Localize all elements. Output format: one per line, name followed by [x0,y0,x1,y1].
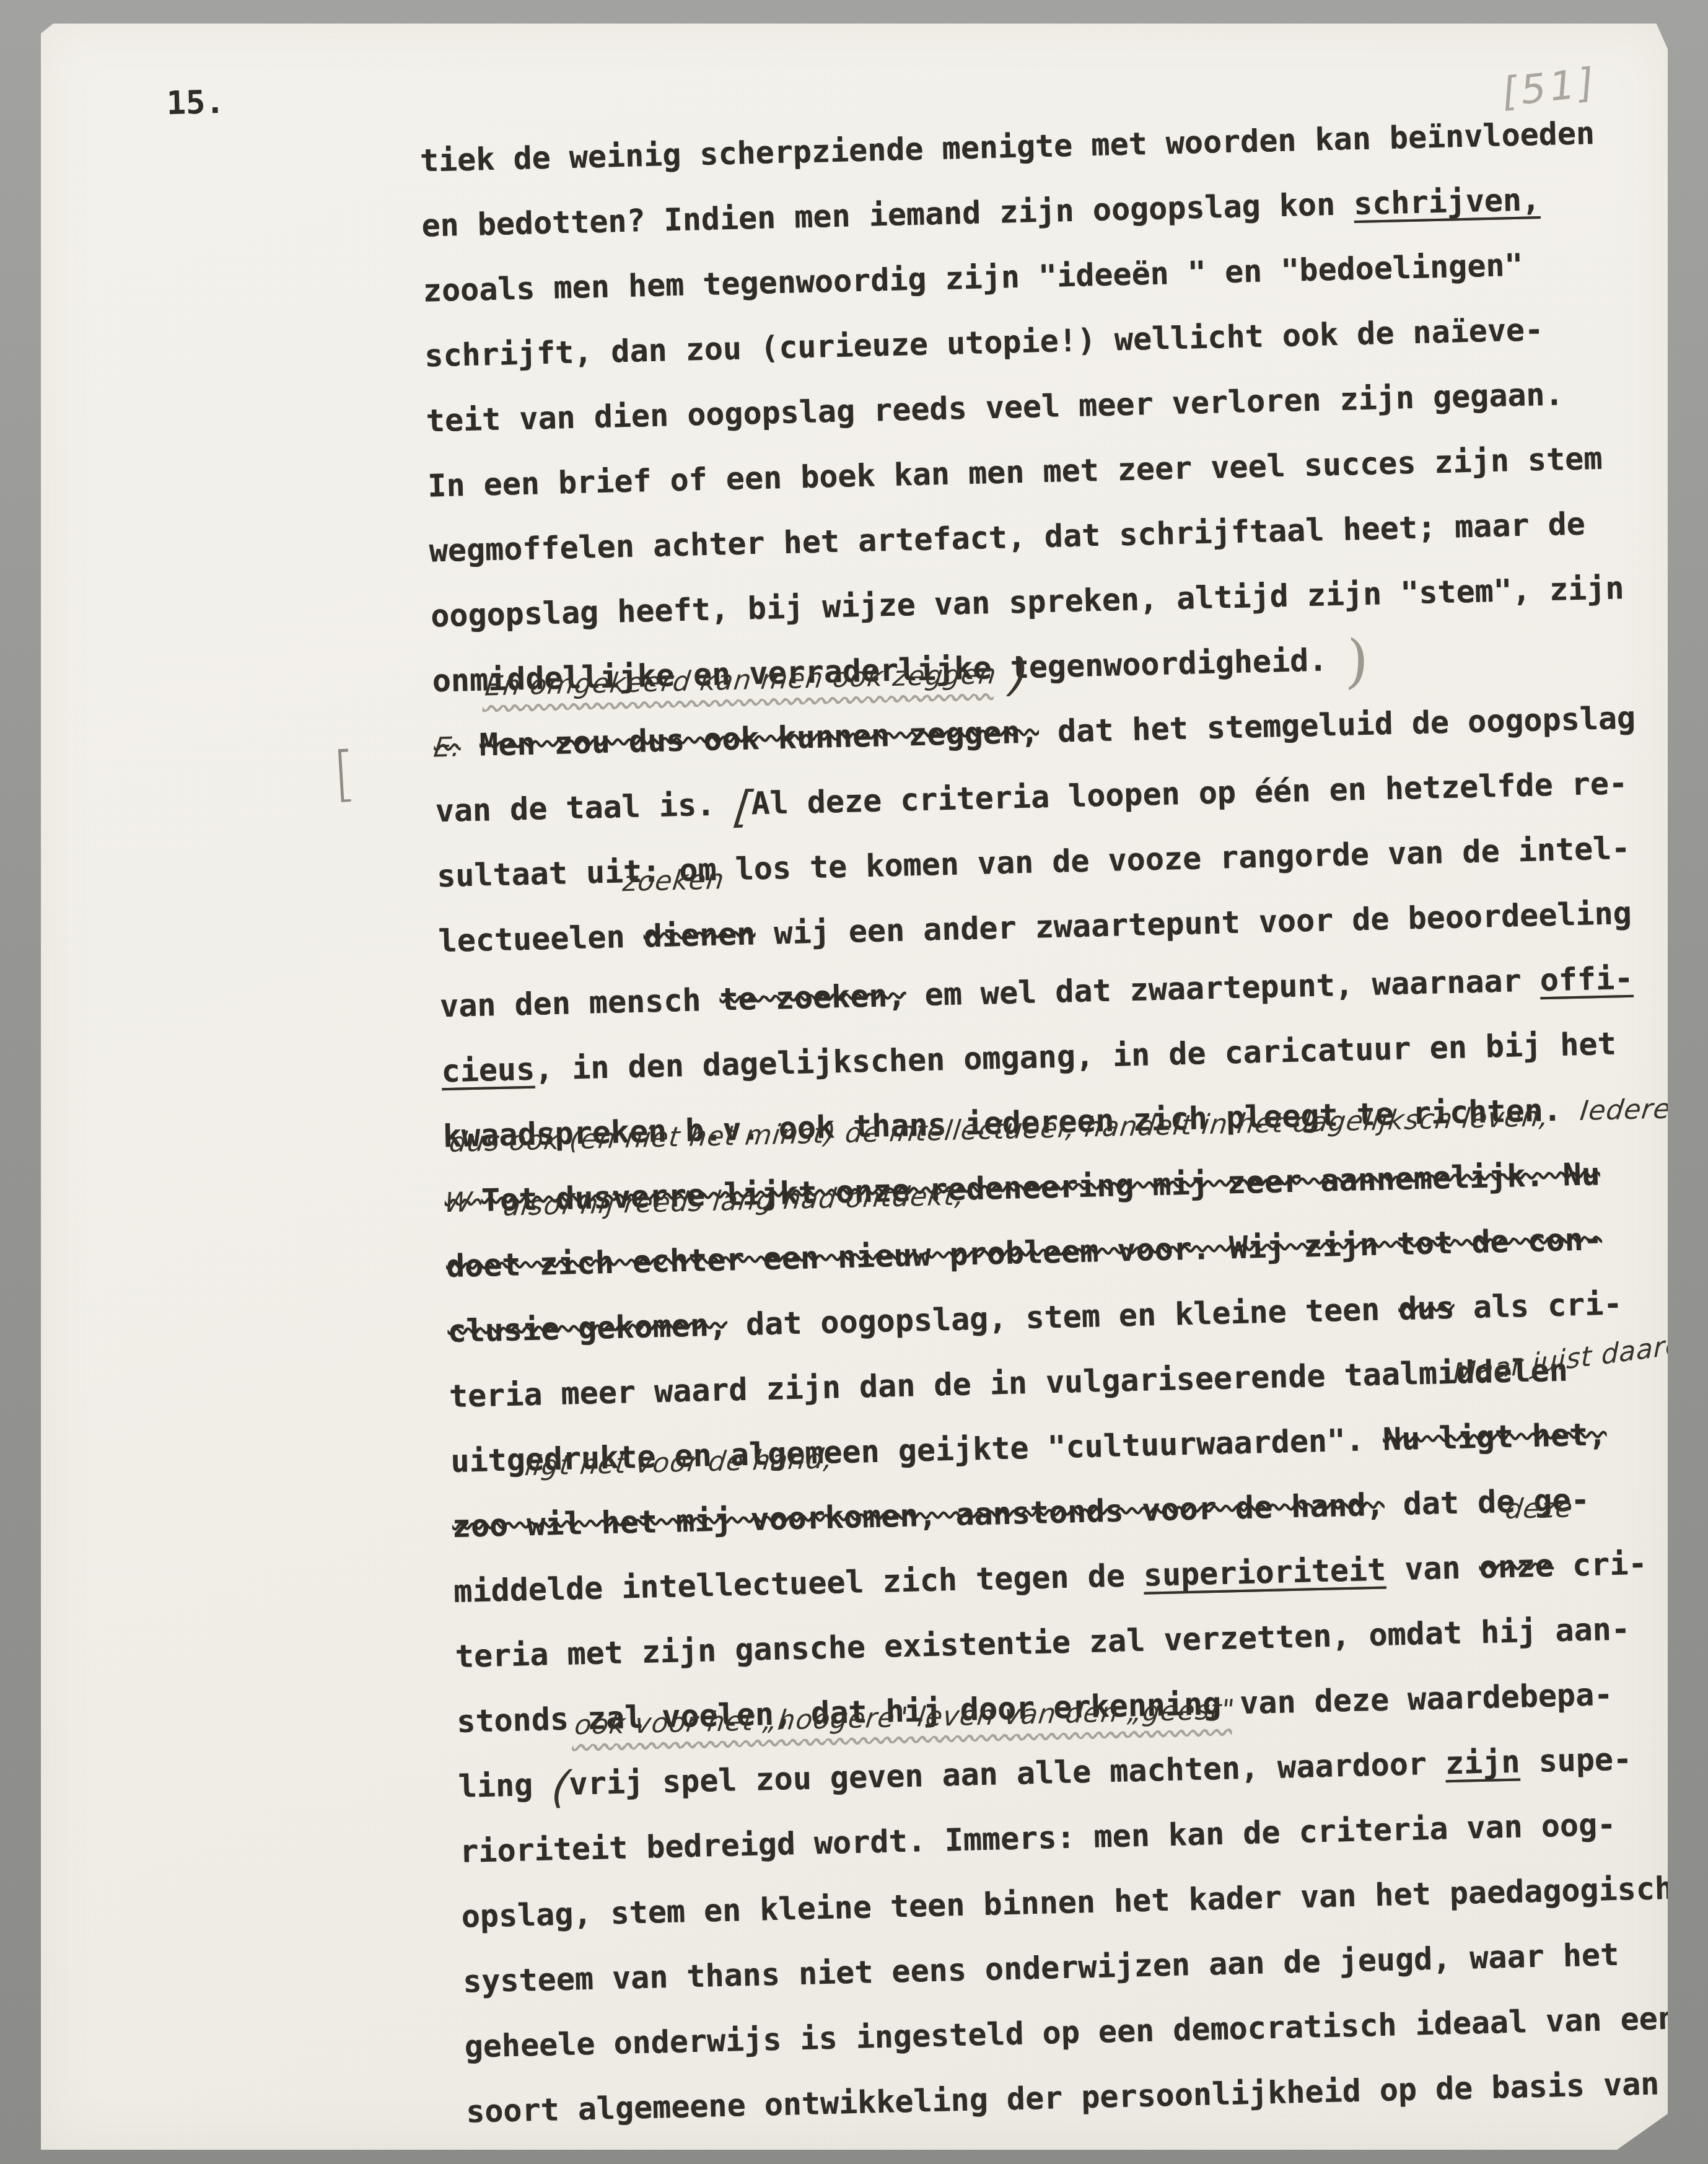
typed-text: superioriteit [1143,1552,1386,1593]
handwriting-annotation: ) [996,675,1028,676]
typed-text: schrijft, dan zou (curieuze utopie!) wel… [424,312,1544,374]
typed-text: cieus [441,1051,535,1090]
typed-text-block: tiek de weinig scherpziende menigte met … [419,99,1708,2145]
page-number: 15. [166,84,225,122]
typed-text: clusie gekomen, [447,1307,728,1349]
typed-text: als cri- [1454,1286,1623,1325]
margin-bracket-pencil: [ [331,738,358,809]
page-tilt-wrapper: 15. [51] [ tiek de weinig scherpziende m… [38,0,1708,2159]
typed-text: Men zou dus ook kunnen zeggen, [479,714,1039,763]
typed-text: teria met zijn gansche existentie zal ve… [455,1611,1630,1675]
handwriting-annotation: Iedereen, [1580,1108,1708,1111]
pencil-mark: ) [1327,661,1368,663]
typed-text: In een brief of een boek kan men met zee… [427,440,1603,504]
handwriting-annotation: W [445,1202,481,1203]
typed-text: , in den dagelijkschen omgang, in de car… [534,1026,1616,1087]
typed-text: wegmoffelen achter het artefact, dat sch… [429,506,1585,569]
typed-text: cri- [1553,1546,1647,1584]
typed-text: middelde intellectueel zich tegen de [453,1557,1144,1610]
handwriting-annotation: E. [434,747,461,748]
typed-text: doet zich echter een nieuw probleem voor… [445,1221,1602,1284]
typed-text: onze [1479,1548,1554,1585]
typed-text: dienen [643,916,756,954]
handwriting-annotation: ook voor het „hoogere" leven van den „ge… [575,1710,1235,1725]
typed-text: van [1385,1549,1479,1588]
typed-text: teria meer waard zijn dan de in vulgaris… [449,1352,1568,1415]
typed-text: rioriteit bedreigd wordt. Immers: men ka… [460,1807,1616,1870]
typed-text: van den mensch [439,982,720,1025]
typed-text: Al deze criteria loopen op één en hetzel… [751,765,1628,821]
typed-text: zijn [1445,1743,1520,1781]
typed-text: tiek de weinig scherpziende menigte met … [419,115,1595,179]
handwriting-annotation: En omgekeerd kan men ook zeggen [485,675,996,686]
handwriting-annotation: zoeken [623,880,724,882]
typed-text: schrijven, [1354,182,1541,222]
typed-text: dus [1398,1290,1455,1327]
scanned-manuscript: { "page": { "number": "15.", "archive_to… [0,0,1708,2164]
manuscript-page: 15. [51] [ tiek de weinig scherpziende m… [41,24,1668,2150]
typed-text: Nu ligt het, [1383,1416,1608,1457]
typed-text: dat oogopslag, stem en kleine teen [727,1291,1399,1343]
typed-text: lectueelen [438,918,644,959]
handwriting-annotation: deze [1505,1508,1573,1510]
typed-text: te zoeken, [719,978,906,1018]
handwriting-annotation: ligt het voor de hand, [525,1459,833,1466]
typed-text: oogopslag heeft, bij wijze van spreken, … [431,570,1624,634]
handwriting-annotation: alsof hij reeds lang had ontdekt, [504,1196,965,1207]
typed-text: soort algemeene ontwikkeling der persoon… [466,2065,1660,2129]
typed-text: systeem van thans niet eens onderwijzen … [463,1937,1619,2000]
typed-text: dat het stemgeluid de oogopslag [1038,700,1636,750]
typed-text [460,727,480,764]
typed-text: van de taal is. [435,786,734,829]
typed-text: offi- [1539,960,1634,999]
typed-text: zoo wil het mij voorkomen, aanstonds voo… [452,1487,1385,1544]
typed-text: ling [458,1766,552,1805]
handwriting-annotation: [ [734,807,751,807]
typed-text: em wel dat zwaartepunt, waarnaar [906,962,1541,1013]
typed-text: teit van dien oogopslag reeds veel meer … [426,376,1564,439]
typed-text: supe- [1520,1741,1632,1779]
typed-text: zooals men hem tegenwoordig zijn "ideeën… [423,247,1523,309]
typed-text: en bedotten? Indien men iemand zijn oogo… [421,186,1354,243]
typed-text: wij een ander zwaartepunt voor de beoord… [755,895,1632,952]
typed-text: vrij spel zou geven aan alle machten, wa… [569,1745,1446,1802]
handwriting-annotation: ( [551,1787,569,1788]
